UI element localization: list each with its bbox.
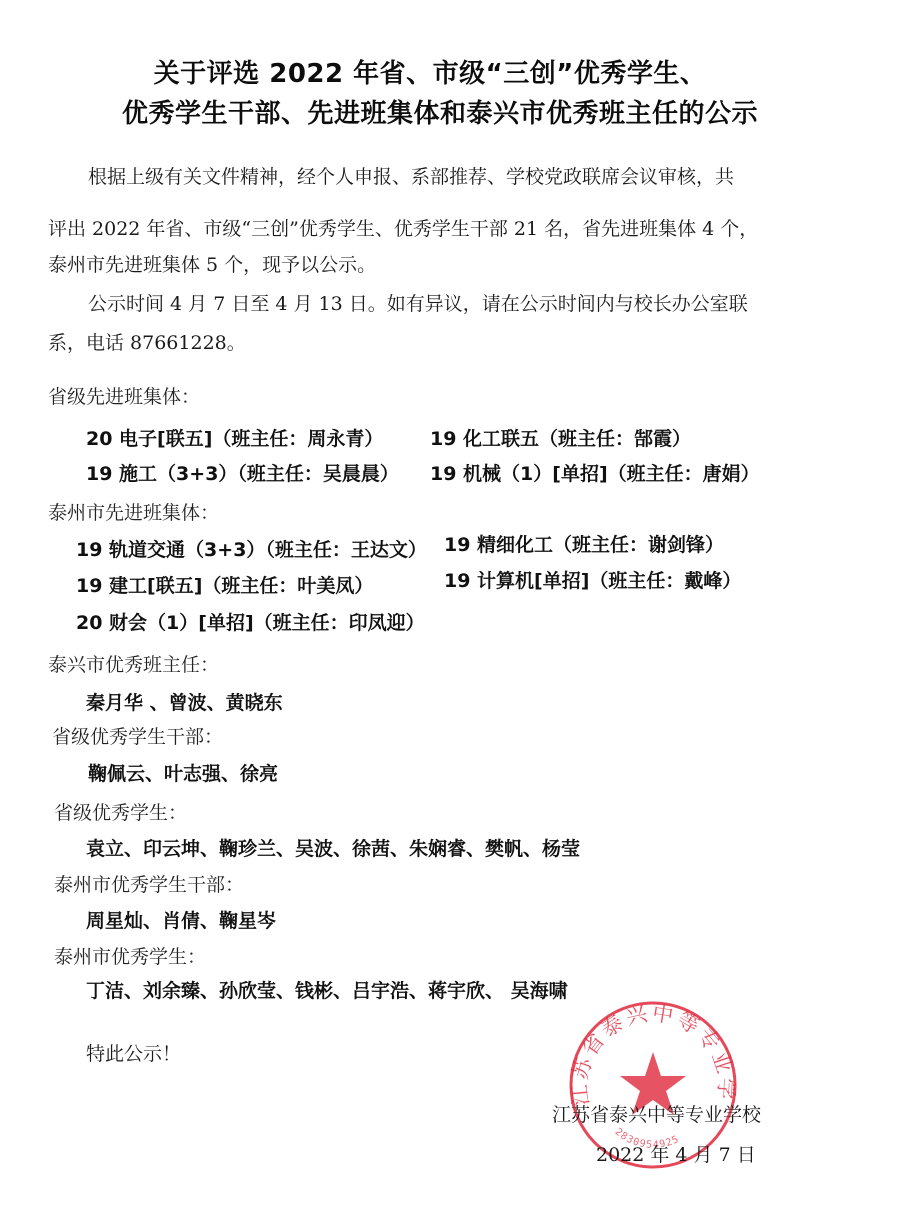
taizhou-class-item: 19 建工[联五]（班主任：叶美凤） (76, 571, 373, 598)
section-label-taixing-teachers: 泰兴市优秀班主任： (48, 650, 219, 677)
provincial-class-item: 19 施工（3+3）（班主任：吴晨晨） (86, 459, 399, 486)
section-label-provincial-students: 省级优秀学生： (54, 798, 187, 825)
taizhou-class-item: 20 财会（1）[单招]（班主任：印凤迎） (76, 608, 425, 635)
taizhou-cadre-names: 周星灿、肖倩、鞠星岑 (86, 906, 276, 933)
section-label-provincial-classes: 省级先进班集体： (48, 382, 200, 409)
taizhou-class-item: 19 精细化工（班主任：谢剑锋） (444, 530, 724, 557)
closing-statement: 特此公示！ (86, 1043, 181, 1066)
section-label-taizhou-classes: 泰州市先进班集体： (48, 498, 219, 525)
provincial-student-names: 袁立、印云坤、鞠珍兰、吴波、徐茜、朱娴睿、樊帆、杨莹 (86, 834, 580, 861)
section-label-taizhou-cadres: 泰州市优秀学生干部： (54, 870, 244, 897)
intro-paragraph-1-line-1: 根据上级有关文件精神，经个人申报、系部推荐、学校党政联席会议审核，共 (88, 166, 734, 189)
provincial-class-item: 19 机械（1）[单招]（班主任：唐娟） (430, 459, 760, 486)
signature-school-name: 江苏省泰兴中等专业学校 (552, 1100, 761, 1127)
taizhou-class-item: 19 轨道交通（3+3）（班主任：王达文） (76, 535, 427, 562)
intro-paragraph-2-line-1: 公示时间 4 月 7 日至 4 月 13 日。如有异议，请在公示时间内与校长办公… (88, 293, 748, 316)
section-label-taizhou-students: 泰州市优秀学生： (54, 942, 206, 969)
document-title-line-2: 优秀学生干部、先进班集体和泰兴市优秀班主任的公示 (40, 93, 840, 130)
document-title-line-1: 关于评选 2022 年省、市级“三创”优秀学生、 (40, 53, 820, 90)
intro-paragraph-1-line-2: 评出 2022 年省、市级“三创”优秀学生、优秀学生干部 21 名，省先进班集体… (48, 218, 758, 241)
intro-paragraph-1-line-3: 泰州市先进班集体 5 个，现予以公示。 (48, 254, 376, 277)
intro-paragraph-2-line-2: 系，电话 87661228。 (48, 332, 246, 355)
provincial-class-item: 20 电子[联五]（班主任：周永青） (86, 424, 383, 451)
taixing-teacher-names: 秦月华 、曾波、黄晓东 (86, 688, 283, 715)
provincial-class-item: 19 化工联五（班主任：郜霞） (430, 424, 691, 451)
provincial-cadre-names: 鞠佩云、叶志强、徐亮 (88, 759, 278, 786)
section-label-provincial-cadres: 省级优秀学生干部： (52, 722, 223, 749)
taizhou-student-names: 丁洁、刘余臻、孙欣莹、钱彬、吕宇浩、蒋宇欣、 吴海啸 (86, 976, 568, 1003)
signature-date: 2022 年 4 月 7 日 (596, 1140, 756, 1167)
taizhou-class-item: 19 计算机[单招]（班主任：戴峰） (444, 566, 741, 593)
